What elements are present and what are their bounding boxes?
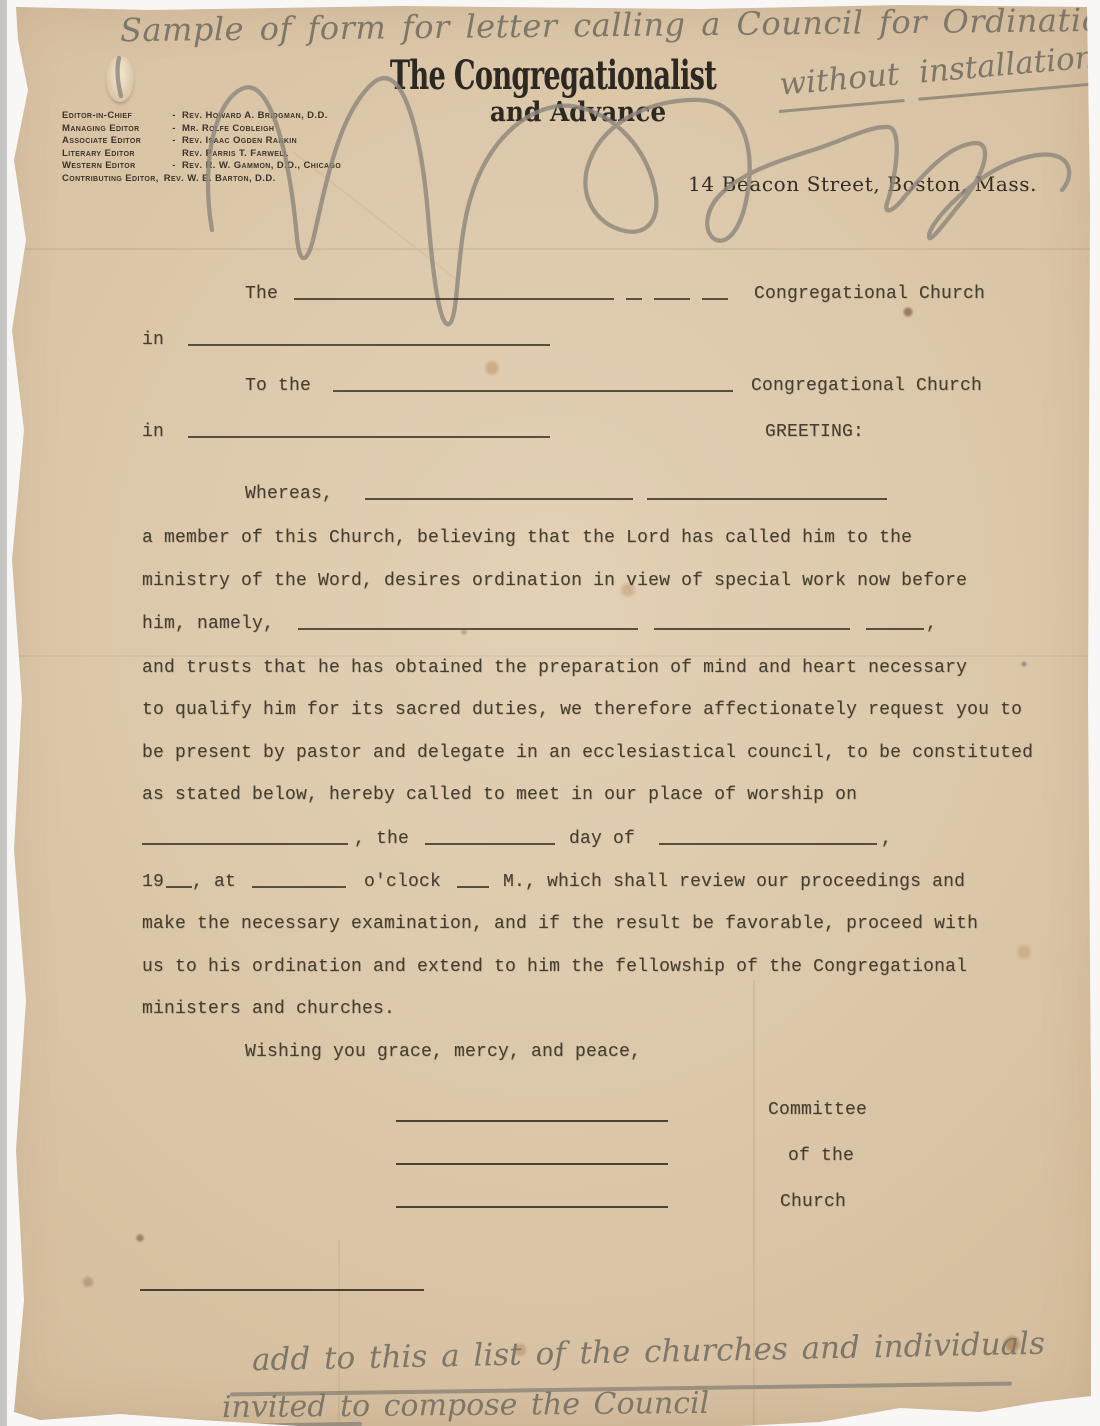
blank-field [142,839,348,845]
form-line-body: as stated below, hereby called to meet i… [142,785,857,805]
handwritten-word-installation: installation. [915,38,1100,101]
blank-field [647,494,887,500]
form-line-body: ministry of the Word, desires ordination… [142,571,967,591]
committee-label: Church [780,1192,846,1212]
signature-blank-line [396,1120,668,1122]
blank-field [654,624,850,630]
address-line: 14 Beacon Street, Boston, Mass. [688,172,1037,196]
blank-field [188,340,550,346]
form-line-time: 19, ato'clockM., which shall review our … [142,872,965,892]
signature-blank-line [396,1206,668,1208]
form-line-body: be present by pastor and delegate in an … [142,743,1033,763]
blank-field [654,294,690,300]
letter-paper: Sample of form for letter calling a Coun… [0,0,1100,1426]
editor-row: Editor-in-Chief-Rev. Howard A. Bridgman,… [62,110,341,123]
blank-field [166,882,192,888]
signature-blank-line [396,1163,668,1165]
blank-field [188,432,550,438]
form-line-addressee-church: TheCongregational Church [245,284,985,304]
form-line-recipient-town-greeting: inGREETING: [142,422,864,442]
form-line-body: and trusts that he has obtained the prep… [142,658,967,678]
committee-label: of the [788,1146,854,1166]
handwritten-bottom-note-line2: invited to compose the Council [222,1386,710,1425]
bottom-blank-line [140,1289,424,1291]
form-line-body: make the necessary examination, and if t… [142,914,978,934]
form-line-whereas: Whereas, [245,484,887,504]
editors-list: Editor-in-Chief-Rev. Howard A. Bridgman,… [62,110,341,186]
form-line-closing: Wishing you grace, mercy, and peace, [245,1042,641,1062]
editor-row: Contributing Editor,Rev. W. E. Barton, D… [62,173,341,186]
blank-field [333,386,733,392]
form-line-date: , theday of, [142,829,892,849]
handwritten-word-without: without [775,56,904,113]
editor-row: Western Editor-Rev. R. W. Gammon, D.D., … [62,160,341,173]
committee-label: Committee [768,1100,867,1120]
handwritten-without-installation: withoutinstallation. [775,37,1100,103]
editor-row: Associate Editor-Rev. Isaac Ogden Rankin [62,135,341,148]
form-line-body: ministers and churches. [142,999,395,1019]
blank-field [457,882,489,888]
handwritten-bottom-note-line1: add to this a list of the churches and i… [252,1326,1046,1379]
scanned-document-page: { "annotations": { "top_note": "Sample o… [0,0,1100,1426]
fold-crease-horizontal [8,655,1090,657]
blank-field [659,839,877,845]
editor-row: Literary EditorRev. Parris T. Farwell [62,148,341,161]
blank-field [252,882,346,888]
form-line-body: to qualify him for its sacred duties, we… [142,700,1022,720]
blank-field [365,494,633,500]
blank-field [626,294,642,300]
form-line-namely: him, namely,, [142,614,937,634]
blank-field [425,839,555,845]
form-line-body: us to his ordination and extend to him t… [142,957,967,977]
editor-row: Managing Editor-Mr. Rolfe Cobleigh [62,123,341,136]
form-line-addressee-town: in [142,330,550,350]
form-line-recipient-church: To theCongregational Church [245,376,982,396]
blank-field [866,624,924,630]
paper-hole-damage [106,56,134,102]
fold-crease-horizontal [8,248,1090,250]
masthead-subtitle: and Advance [490,98,666,128]
pencil-dot [1021,661,1026,666]
masthead-title: The Congregationalist [390,54,716,98]
blank-field [294,294,614,300]
handwritten-top-note: Sample of form for letter calling a Coun… [120,1,1100,49]
blank-field [702,294,728,300]
blank-field [298,624,638,630]
form-line-body: a member of this Church, believing that … [142,528,912,548]
